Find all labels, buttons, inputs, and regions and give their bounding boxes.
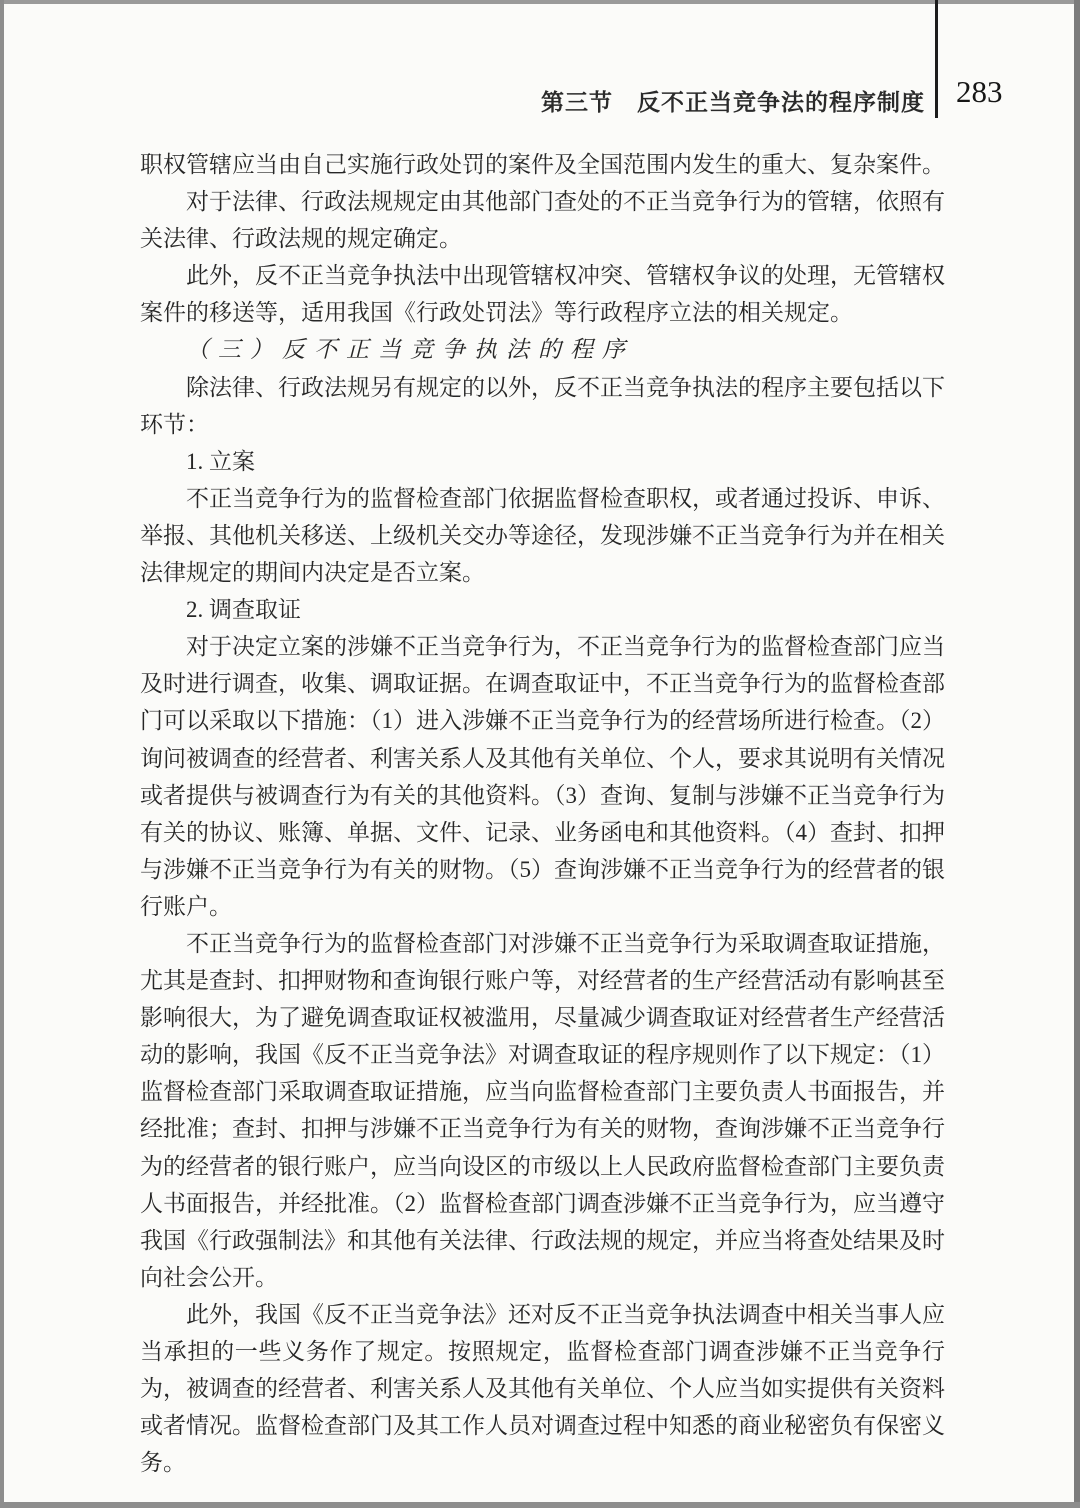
paragraph: 对于决定立案的涉嫌不正当竞争行为，不正当竞争行为的监督检查部门应当及时进行调查，…	[140, 628, 945, 925]
running-head-title: 第三节 反不正当竞争法的程序制度	[541, 84, 925, 117]
numbered-heading: 2. 调查取证	[140, 591, 945, 628]
paragraph: 不正当竞争行为的监督检查部门依据监督检查职权，或者通过投诉、申诉、举报、其他机关…	[140, 480, 945, 591]
paragraph: 此外，反不正当竞争执法中出现管辖权冲突、管辖权争议的处理，无管辖权案件的移送等，…	[140, 257, 945, 331]
paragraph: 除法律、行政法规另有规定的以外，反不正当竞争执法的程序主要包括以下环节：	[140, 369, 945, 443]
paragraph-continuation: 职权管辖应当由自己实施行政处罚的案件及全国范围内发生的重大、复杂案件。	[140, 146, 945, 183]
subsection-heading: （三）反不正当竞争执法的程序	[140, 331, 945, 368]
scanned-book-page: 第三节 反不正当竞争法的程序制度 283 职权管辖应当由自己实施行政处罚的案件及…	[0, 0, 1080, 1508]
page-number: 283	[956, 74, 1003, 110]
page-body: 职权管辖应当由自己实施行政处罚的案件及全国范围内发生的重大、复杂案件。对于法律、…	[140, 146, 945, 1481]
header-divider	[935, 0, 938, 118]
scan-edge-top	[0, 0, 1080, 4]
numbered-heading: 1. 立案	[140, 443, 945, 480]
scan-edge-left	[0, 0, 4, 1508]
paragraph: 此外，我国《反不正当竞争法》还对反不正当竞争执法调查中相关当事人应当承担的一些义…	[140, 1296, 945, 1481]
scan-edge-right	[1074, 0, 1080, 1508]
scan-edge-bottom	[0, 1502, 1080, 1508]
paragraph: 不正当竞争行为的监督检查部门对涉嫌不正当竞争行为采取调查取证措施，尤其是查封、扣…	[140, 925, 945, 1296]
paragraph: 对于法律、行政法规规定由其他部门查处的不正当竞争行为的管辖，依照有关法律、行政法…	[140, 183, 945, 257]
